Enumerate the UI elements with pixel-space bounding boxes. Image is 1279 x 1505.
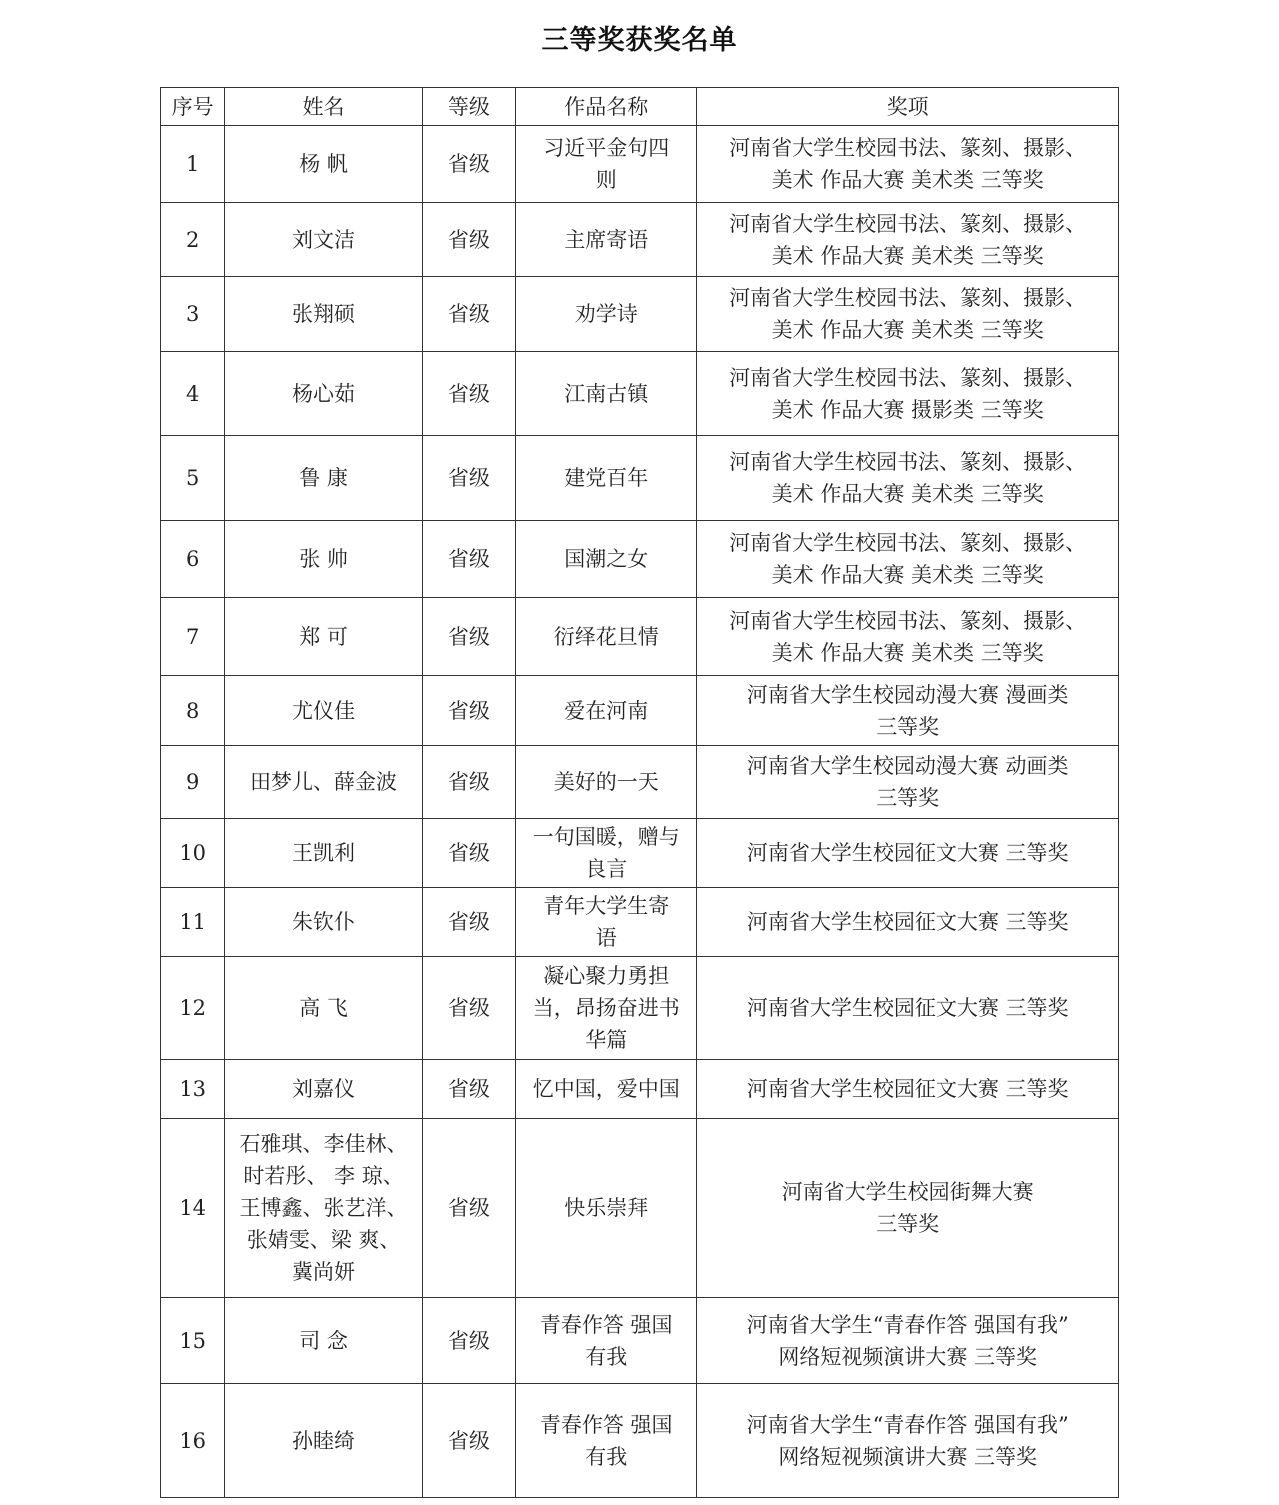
cell-award: 河南省大学生校园征文大赛 三等奖: [697, 957, 1119, 1060]
cell-work: 青春作答 强国 有我: [516, 1298, 697, 1384]
cell-level: 省级: [422, 598, 515, 676]
cell-name: 田梦儿、薛金波: [225, 746, 422, 819]
header-name: 姓名: [225, 88, 422, 126]
cell-level: 省级: [422, 746, 515, 819]
table-row: 1杨 帆省级习近平金句四 则河南省大学生校园书法、篆刻、摄影、 美术 作品大赛 …: [161, 126, 1119, 203]
cell-award: 河南省大学生校园书法、篆刻、摄影、 美术 作品大赛 美术类 三等奖: [697, 126, 1119, 203]
cell-award: 河南省大学生校园书法、篆刻、摄影、 美术 作品大赛 美术类 三等奖: [697, 598, 1119, 676]
cell-award: 河南省大学生校园书法、篆刻、摄影、 美术 作品大赛 美术类 三等奖: [697, 277, 1119, 352]
cell-work: 一句国暖，赠与 良言: [516, 819, 697, 888]
cell-level: 省级: [422, 126, 515, 203]
cell-name: 杨 帆: [225, 126, 422, 203]
cell-no: 2: [161, 203, 225, 277]
cell-level: 省级: [422, 436, 515, 521]
cell-no: 14: [161, 1119, 225, 1298]
cell-work: 主席寄语: [516, 203, 697, 277]
cell-no: 13: [161, 1060, 225, 1119]
cell-award: 河南省大学生校园征文大赛 三等奖: [697, 819, 1119, 888]
cell-work: 劝学诗: [516, 277, 697, 352]
table-row: 4杨心茹省级江南古镇河南省大学生校园书法、篆刻、摄影、 美术 作品大赛 摄影类 …: [161, 352, 1119, 436]
cell-work: 青年大学生寄 语: [516, 888, 697, 957]
table-row: 11朱钦仆省级青年大学生寄 语河南省大学生校园征文大赛 三等奖: [161, 888, 1119, 957]
cell-level: 省级: [422, 888, 515, 957]
cell-name: 孙睦绮: [225, 1384, 422, 1498]
cell-work: 快乐崇拜: [516, 1119, 697, 1298]
cell-award: 河南省大学生校园书法、篆刻、摄影、 美术 作品大赛 美术类 三等奖: [697, 436, 1119, 521]
cell-no: 8: [161, 676, 225, 746]
cell-level: 省级: [422, 277, 515, 352]
cell-name: 张翔硕: [225, 277, 422, 352]
cell-work: 忆中国，爱中国: [516, 1060, 697, 1119]
cell-level: 省级: [422, 1384, 515, 1498]
cell-no: 4: [161, 352, 225, 436]
cell-no: 15: [161, 1298, 225, 1384]
cell-name: 高 飞: [225, 957, 422, 1060]
cell-level: 省级: [422, 819, 515, 888]
cell-award: 河南省大学生校园书法、篆刻、摄影、 美术 作品大赛 美术类 三等奖: [697, 521, 1119, 598]
table-row: 14石雅琪、李佳林、 时若彤、 李 琼、 王博鑫、张艺洋、 张婧雯、梁 爽、 冀…: [161, 1119, 1119, 1298]
cell-no: 9: [161, 746, 225, 819]
cell-award: 河南省大学生校园动漫大赛 漫画类 三等奖: [697, 676, 1119, 746]
table-row: 9田梦儿、薛金波省级美好的一天河南省大学生校园动漫大赛 动画类 三等奖: [161, 746, 1119, 819]
cell-name: 司 念: [225, 1298, 422, 1384]
cell-award: 河南省大学生校园征文大赛 三等奖: [697, 1060, 1119, 1119]
cell-work: 国潮之女: [516, 521, 697, 598]
cell-name: 尤仪佳: [225, 676, 422, 746]
cell-no: 6: [161, 521, 225, 598]
cell-level: 省级: [422, 957, 515, 1060]
cell-work: 凝心聚力勇担 当，昂扬奋进书 华篇: [516, 957, 697, 1060]
table-row: 2刘文洁省级主席寄语河南省大学生校园书法、篆刻、摄影、 美术 作品大赛 美术类 …: [161, 203, 1119, 277]
cell-name: 张 帅: [225, 521, 422, 598]
cell-name: 刘嘉仪: [225, 1060, 422, 1119]
table-row: 13刘嘉仪省级忆中国，爱中国河南省大学生校园征文大赛 三等奖: [161, 1060, 1119, 1119]
cell-award: 河南省大学生校园动漫大赛 动画类 三等奖: [697, 746, 1119, 819]
cell-name: 石雅琪、李佳林、 时若彤、 李 琼、 王博鑫、张艺洋、 张婧雯、梁 爽、 冀尚妍: [225, 1119, 422, 1298]
header-no: 序号: [161, 88, 225, 126]
cell-no: 11: [161, 888, 225, 957]
table-row: 7郑 可省级衍绎花旦情河南省大学生校园书法、篆刻、摄影、 美术 作品大赛 美术类…: [161, 598, 1119, 676]
cell-work: 建党百年: [516, 436, 697, 521]
cell-award: 河南省大学生“青春作答 强国有我” 网络短视频演讲大赛 三等奖: [697, 1298, 1119, 1384]
cell-award: 河南省大学生校园书法、篆刻、摄影、 美术 作品大赛 摄影类 三等奖: [697, 352, 1119, 436]
table-row: 16孙睦绮省级青春作答 强国 有我河南省大学生“青春作答 强国有我” 网络短视频…: [161, 1384, 1119, 1498]
cell-level: 省级: [422, 1298, 515, 1384]
table-header-row: 序号 姓名 等级 作品名称 奖项: [161, 88, 1119, 126]
table-row: 15司 念省级青春作答 强国 有我河南省大学生“青春作答 强国有我” 网络短视频…: [161, 1298, 1119, 1384]
cell-level: 省级: [422, 676, 515, 746]
cell-award: 河南省大学生校园街舞大赛 三等奖: [697, 1119, 1119, 1298]
cell-work: 江南古镇: [516, 352, 697, 436]
cell-work: 习近平金句四 则: [516, 126, 697, 203]
table-row: 10王凯利省级一句国暖，赠与 良言河南省大学生校园征文大赛 三等奖: [161, 819, 1119, 888]
cell-name: 郑 可: [225, 598, 422, 676]
header-award: 奖项: [697, 88, 1119, 126]
page-title: 三等奖获奖名单: [0, 18, 1279, 57]
cell-level: 省级: [422, 521, 515, 598]
cell-name: 杨心茹: [225, 352, 422, 436]
cell-level: 省级: [422, 1119, 515, 1298]
cell-work: 衍绎花旦情: [516, 598, 697, 676]
cell-name: 王凯利: [225, 819, 422, 888]
cell-no: 7: [161, 598, 225, 676]
cell-work: 美好的一天: [516, 746, 697, 819]
cell-no: 16: [161, 1384, 225, 1498]
table-row: 6张 帅省级国潮之女河南省大学生校园书法、篆刻、摄影、 美术 作品大赛 美术类 …: [161, 521, 1119, 598]
award-table: 序号 姓名 等级 作品名称 奖项 1杨 帆省级习近平金句四 则河南省大学生校园书…: [160, 87, 1119, 1498]
cell-work: 爱在河南: [516, 676, 697, 746]
cell-no: 10: [161, 819, 225, 888]
cell-award: 河南省大学生“青春作答 强国有我” 网络短视频演讲大赛 三等奖: [697, 1384, 1119, 1498]
cell-level: 省级: [422, 1060, 515, 1119]
cell-no: 1: [161, 126, 225, 203]
cell-name: 朱钦仆: [225, 888, 422, 957]
cell-award: 河南省大学生校园征文大赛 三等奖: [697, 888, 1119, 957]
cell-level: 省级: [422, 352, 515, 436]
table-row: 5鲁 康省级建党百年河南省大学生校园书法、篆刻、摄影、 美术 作品大赛 美术类 …: [161, 436, 1119, 521]
cell-name: 刘文洁: [225, 203, 422, 277]
cell-no: 3: [161, 277, 225, 352]
cell-no: 12: [161, 957, 225, 1060]
table-row: 3张翔硕省级劝学诗河南省大学生校园书法、篆刻、摄影、 美术 作品大赛 美术类 三…: [161, 277, 1119, 352]
table-body: 1杨 帆省级习近平金句四 则河南省大学生校园书法、篆刻、摄影、 美术 作品大赛 …: [161, 126, 1119, 1498]
cell-work: 青春作答 强国 有我: [516, 1384, 697, 1498]
header-work: 作品名称: [516, 88, 697, 126]
table-row: 8尤仪佳省级爱在河南河南省大学生校园动漫大赛 漫画类 三等奖: [161, 676, 1119, 746]
header-level: 等级: [422, 88, 515, 126]
table-row: 12高 飞省级凝心聚力勇担 当，昂扬奋进书 华篇河南省大学生校园征文大赛 三等奖: [161, 957, 1119, 1060]
cell-level: 省级: [422, 203, 515, 277]
cell-no: 5: [161, 436, 225, 521]
cell-award: 河南省大学生校园书法、篆刻、摄影、 美术 作品大赛 美术类 三等奖: [697, 203, 1119, 277]
cell-name: 鲁 康: [225, 436, 422, 521]
